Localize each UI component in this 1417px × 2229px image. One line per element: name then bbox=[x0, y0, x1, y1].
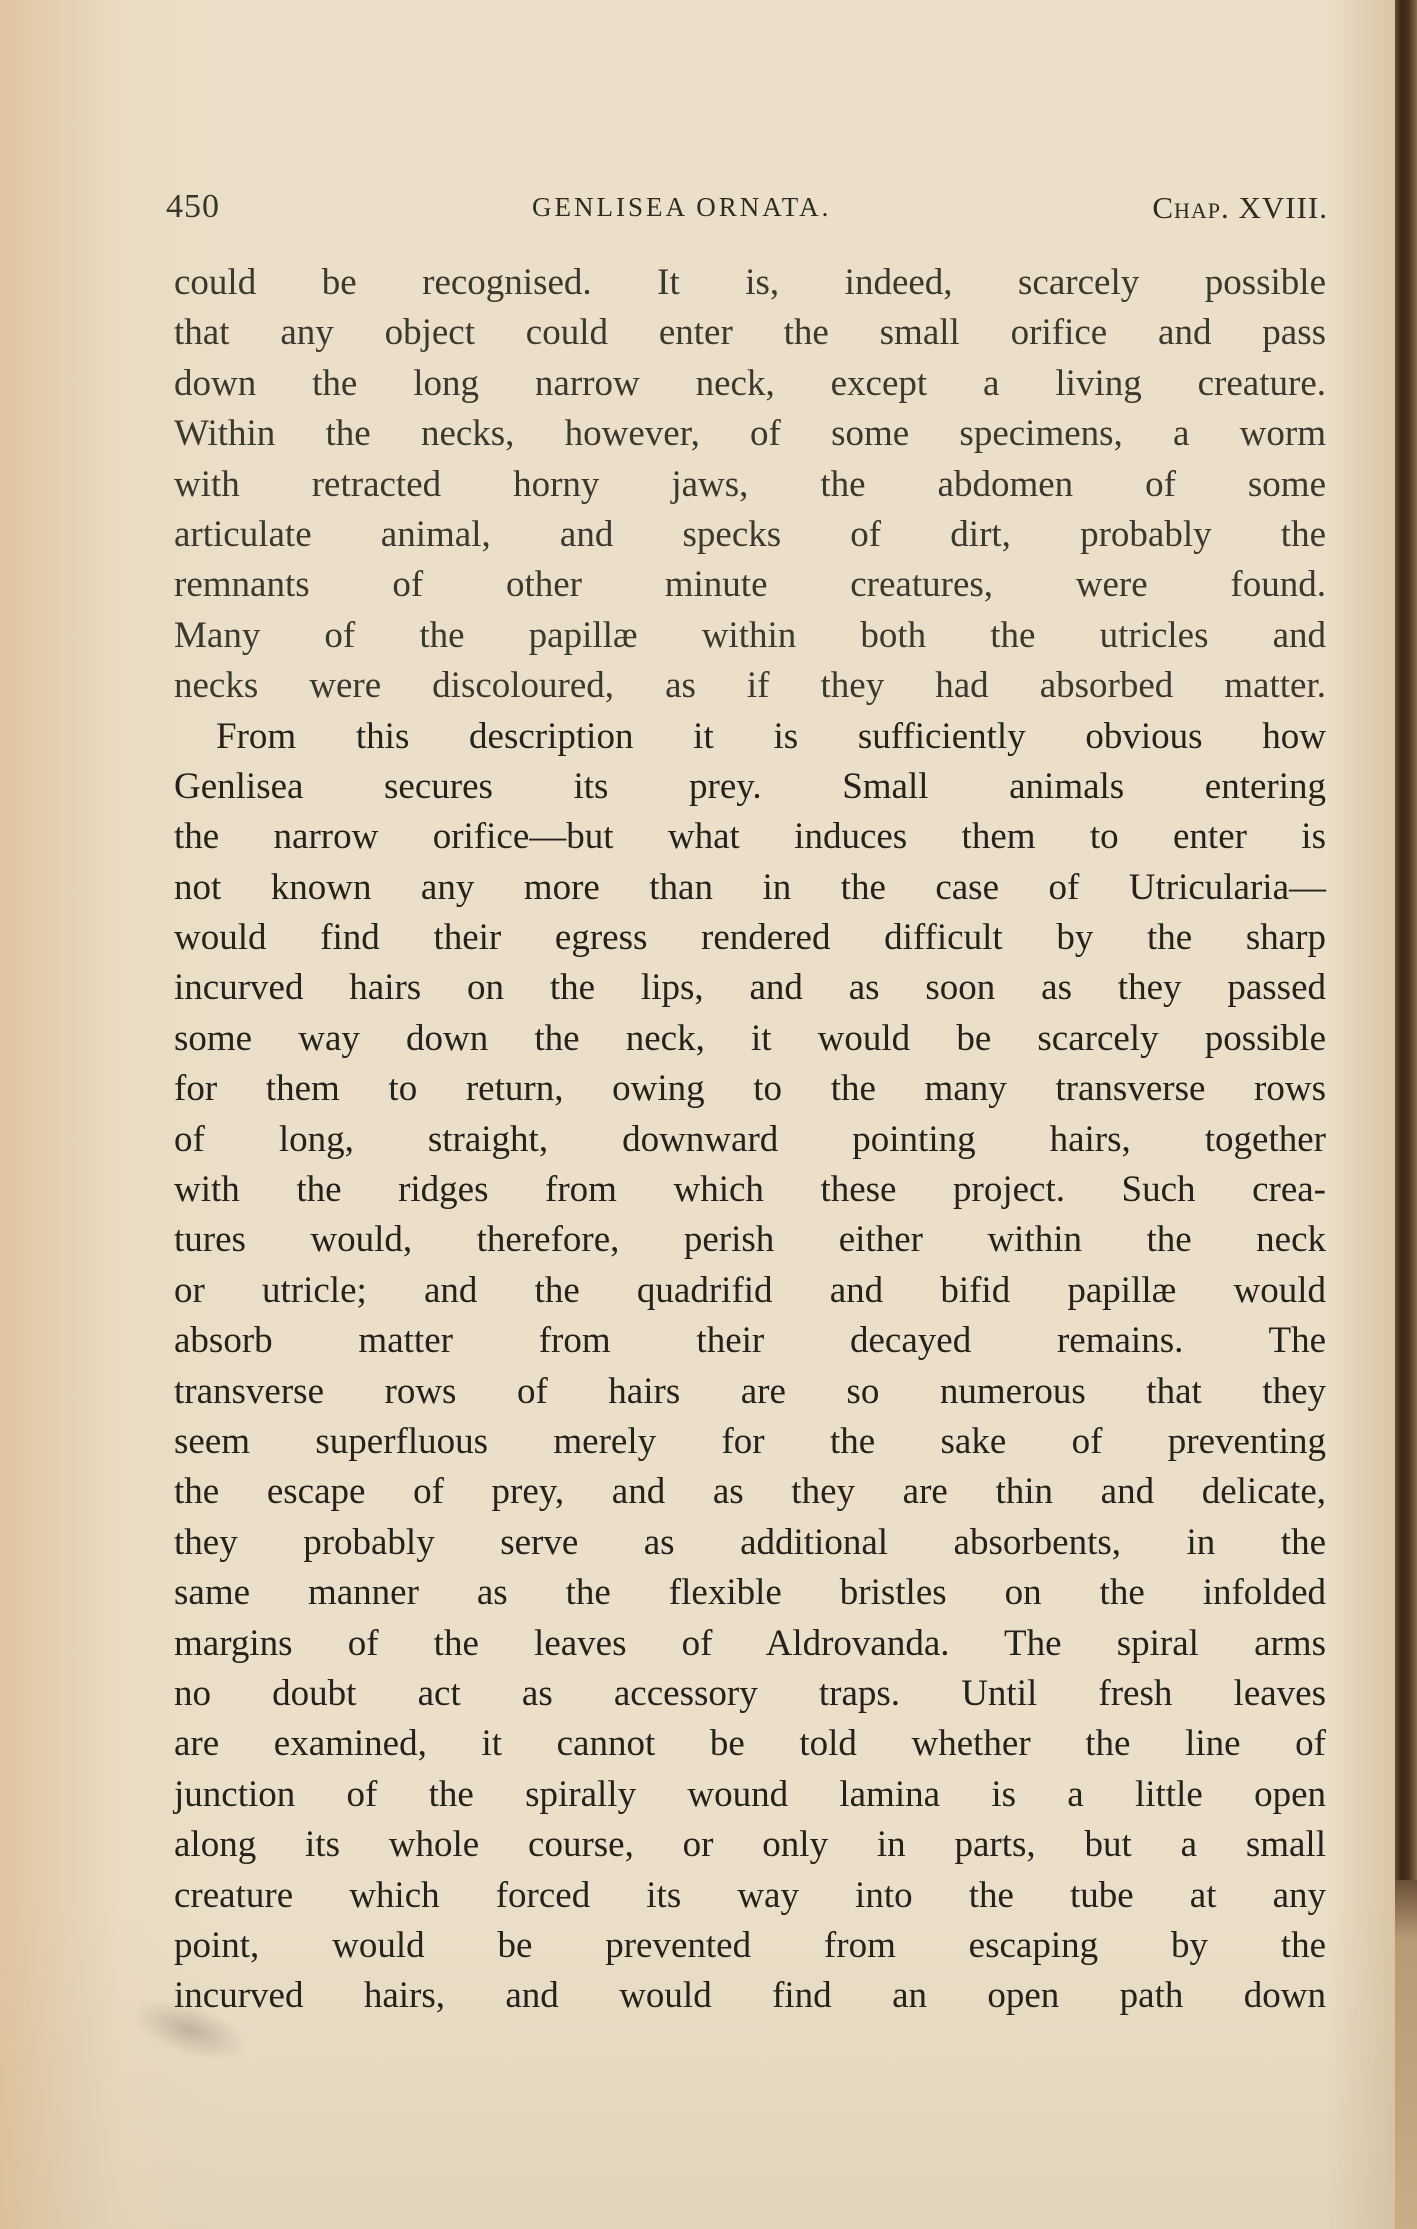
text-line: same manner as the flexible bristles on … bbox=[174, 1568, 1326, 1618]
text-line: not known any more than in the case of U… bbox=[174, 863, 1326, 913]
text-line: the narrow orifice—but what induces them… bbox=[174, 812, 1326, 862]
page-binding-edge-lower bbox=[1395, 1880, 1417, 2229]
text-line: margins of the leaves of Aldrovanda. The… bbox=[174, 1619, 1326, 1669]
page-binding-edge bbox=[1395, 0, 1417, 1880]
text-line: would find their egress rendered difficu… bbox=[174, 913, 1326, 963]
text-line: Many of the papillæ within both the utri… bbox=[174, 611, 1326, 661]
body-text: could be recognised. It is, indeed, scar… bbox=[174, 258, 1326, 2022]
text-line: the escape of prey, and as they are thin… bbox=[174, 1467, 1326, 1517]
text-line: Within the necks, however, of some speci… bbox=[174, 409, 1326, 459]
scanned-book-page: 450 GENLISEA ORNATA. Chap. XVIII. could … bbox=[0, 0, 1417, 2229]
running-header: 450 GENLISEA ORNATA. Chap. XVIII. bbox=[166, 188, 1328, 228]
text-line: tures would, therefore, perish either wi… bbox=[174, 1215, 1326, 1265]
text-line: down the long narrow neck, except a livi… bbox=[174, 359, 1326, 409]
running-title: GENLISEA ORNATA. bbox=[532, 192, 831, 223]
text-line: transverse rows of hairs are so numerous… bbox=[174, 1367, 1326, 1417]
text-line: junction of the spirally wound lamina is… bbox=[174, 1770, 1326, 1820]
text-line: creature which forced its way into the t… bbox=[174, 1871, 1326, 1921]
text-line: are examined, it cannot be told whether … bbox=[174, 1719, 1326, 1769]
text-line: that any object could enter the small or… bbox=[174, 308, 1326, 358]
text-line: absorb matter from their decayed remains… bbox=[174, 1316, 1326, 1366]
text-line: no doubt act as accessory traps. Until f… bbox=[174, 1669, 1326, 1719]
text-line: with the ridges from which these project… bbox=[174, 1165, 1326, 1215]
page-number: 450 bbox=[166, 188, 220, 226]
text-line: or utricle; and the quadrifid and bifid … bbox=[174, 1266, 1326, 1316]
text-line: with retracted horny jaws, the abdomen o… bbox=[174, 460, 1326, 510]
text-line: they probably serve as additional absorb… bbox=[174, 1518, 1326, 1568]
text-line: incurved hairs on the lips, and as soon … bbox=[174, 963, 1326, 1013]
text-line: along its whole course, or only in parts… bbox=[174, 1820, 1326, 1870]
text-line: point, would be prevented from escaping … bbox=[174, 1921, 1326, 1971]
text-line: of long, straight, downward pointing hai… bbox=[174, 1115, 1326, 1165]
text-line: remnants of other minute creatures, were… bbox=[174, 560, 1326, 610]
text-line: Genlisea secures its prey. Small animals… bbox=[174, 762, 1326, 812]
text-line: for them to return, owing to the many tr… bbox=[174, 1064, 1326, 1114]
chapter-label: Chap. XVIII. bbox=[1152, 190, 1328, 226]
text-line: seem superfluous merely for the sake of … bbox=[174, 1417, 1326, 1467]
text-line: necks were discoloured, as if they had a… bbox=[174, 661, 1326, 711]
text-line: articulate animal, and specks of dirt, p… bbox=[174, 510, 1326, 560]
paragraph-first-line: From this description it is sufficiently… bbox=[174, 712, 1326, 762]
text-line: could be recognised. It is, indeed, scar… bbox=[174, 258, 1326, 308]
text-line: some way down the neck, it would be scar… bbox=[174, 1014, 1326, 1064]
text-line: incurved hairs, and would find an open p… bbox=[174, 1971, 1326, 2021]
